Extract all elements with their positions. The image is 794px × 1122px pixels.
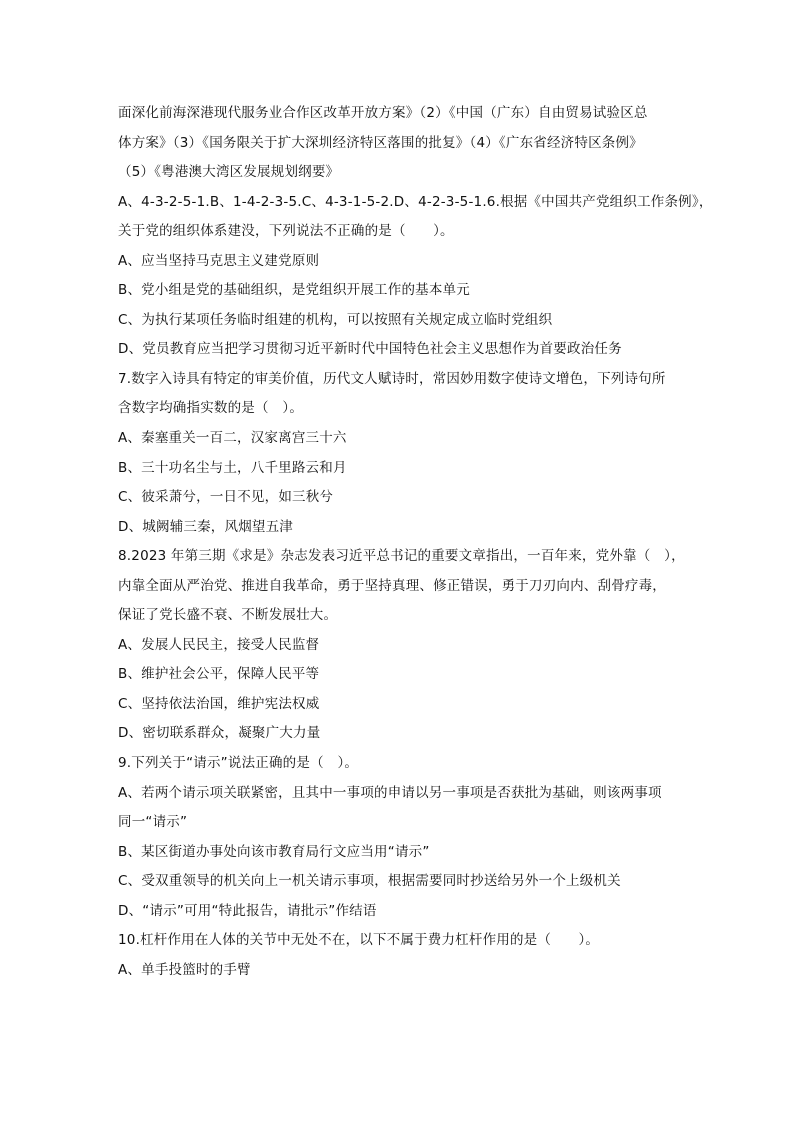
question-10-stem: 10.杠杆作用在人体的关节中无处不在，以下不属于费力杠杆作用的是（ ）。 — [118, 926, 728, 956]
q6-option-c: C、为执行某项任务临时组建的机构，可以按照有关规定成立临时党组织 — [118, 306, 728, 336]
q6-option-d: D、党员教育应当把学习贯彻习近平新时代中国特色社会主义思想作为首要政治任务 — [118, 335, 728, 365]
text-line-continuation: （5）《粤港澳大湾区发展规划纲要》 — [118, 158, 728, 188]
q8-option-b: B、维护社会公平，保障人民平等 — [118, 660, 728, 690]
q9-option-c: C、受双重领导的机关向上一机关请示事项，根据需要同时抄送给另外一个上级机关 — [118, 867, 728, 897]
question-8-stem-cont: 保证了党长盛不衰、不断发展壮大。 — [118, 601, 728, 631]
q8-option-d: D、密切联系群众，凝聚广大力量 — [118, 719, 728, 749]
question-7-stem: 7.数字入诗具有特定的审美价值，历代文人赋诗时，常因妙用数字使诗文增色，下列诗句… — [118, 365, 728, 395]
question-7-stem-cont: 含数字均确指实数的是（ ）。 — [118, 394, 728, 424]
q9-option-a: A、若两个请示项关联紧密，且其中一事项的申请以另一事项是否获批为基础，则该两事项 — [118, 779, 728, 809]
q7-option-b: B、三十功名尘与土，八千里路云和月 — [118, 454, 728, 484]
q8-option-a: A、发展人民民主，接受人民监督 — [118, 631, 728, 661]
q6-option-a: A、应当坚持马克思主义建党原则 — [118, 247, 728, 277]
question-8-stem-cont: 内靠全面从严治党、推进自我革命，勇于坚持真理、修正错误，勇于刀刃向内、刮骨疗毒， — [118, 572, 728, 602]
q8-option-c: C、坚持依法治国，维护宪法权威 — [118, 690, 728, 720]
q9-option-a-cont: 同一“请示” — [118, 808, 728, 838]
document-page: 面深化前海深港现代服务业合作区改革开放方案》（2）《中国（广东）自由贸易试验区总… — [118, 99, 728, 985]
q9-option-d: D、“请示”可用“特此报告，请批示”作结语 — [118, 897, 728, 927]
q10-option-a: A、单手投篮时的手臂 — [118, 956, 728, 986]
question-6-stem: 关于党的组织体系建没，下列说法不正确的是（ ）。 — [118, 217, 728, 247]
q7-option-a: A、秦塞重关一百二，汉家离宫三十六 — [118, 424, 728, 454]
q7-option-c: C、彼采萧兮，一日不见，如三秋兮 — [118, 483, 728, 513]
q7-option-d: D、城阙辅三秦，风烟望五津 — [118, 513, 728, 543]
q6-option-b: B、党小组是党的基础组织，是党组织开展工作的基本单元 — [118, 276, 728, 306]
question-9-stem: 9.下列关于“请示”说法正确的是（ ）。 — [118, 749, 728, 779]
text-line-continuation: 面深化前海深港现代服务业合作区改革开放方案》（2）《中国（广东）自由贸易试验区总 — [118, 99, 728, 129]
text-line-continuation: 体方案》（3）《国务限关于扩大深圳经济特区落围的批复》（4）《广东省经济特区条例… — [118, 129, 728, 159]
question-8-stem: 8.2023 年第三期《求是》杂志发表习近平总书记的重要文章指出，一百年来，党外… — [118, 542, 728, 572]
answer-options-q5-and-question-6: A、4-3-2-5-1.B、1-4-2-3-5.C、4-3-1-5-2.D、4-… — [118, 188, 728, 218]
q9-option-b: B、某区街道办事处向该市教育局行文应当用“请示” — [118, 838, 728, 868]
